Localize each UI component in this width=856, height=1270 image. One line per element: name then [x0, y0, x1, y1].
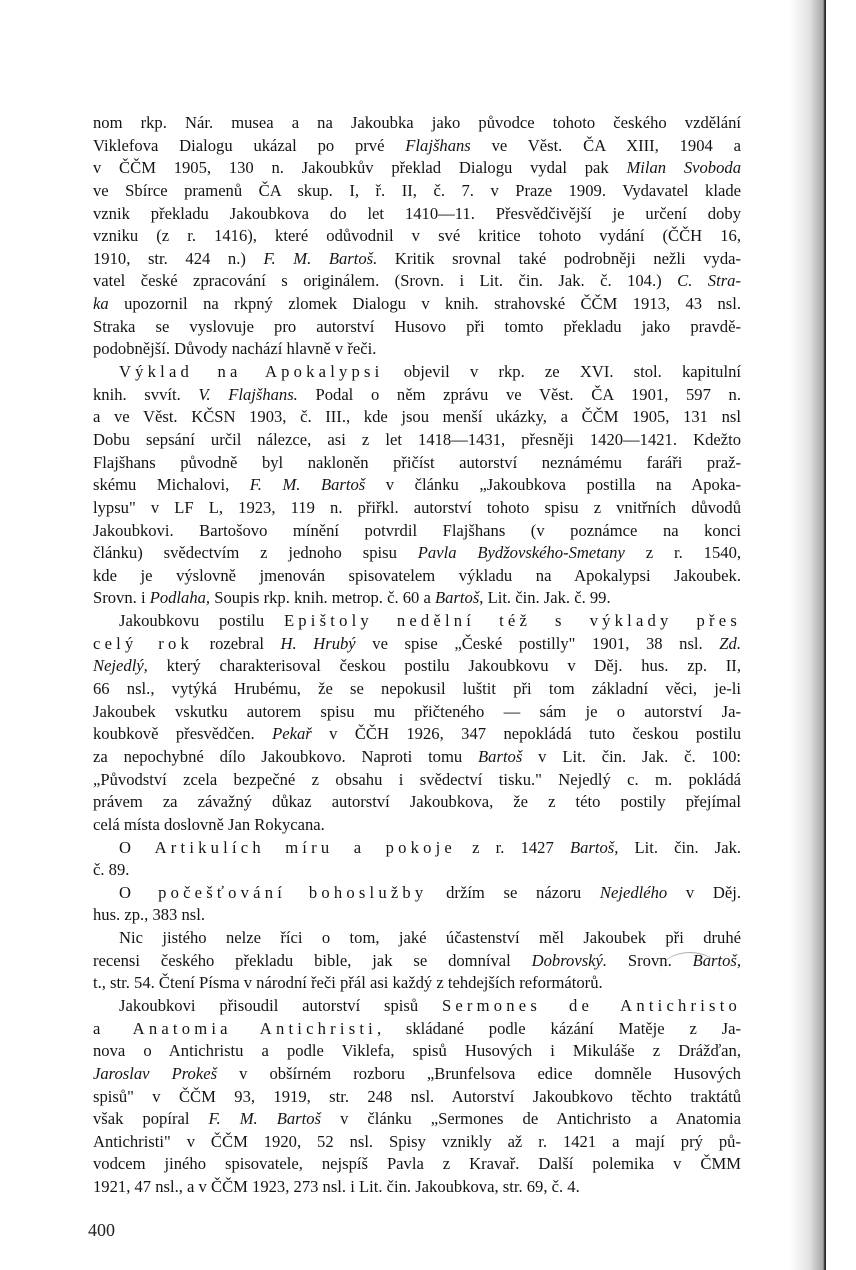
text-run: Antichristi" v ČČM 1920, 52 nsl. Spisy v…: [93, 1132, 741, 1151]
text-line: Flajšhans původně byl nakloněn přičíst a…: [93, 452, 741, 475]
text-line: spisů" v ČČM 93, 1919, str. 248 nsl. Aut…: [93, 1086, 741, 1109]
paragraph: Výklad na Apokalypsi objevil v rkp. ze X…: [93, 361, 741, 610]
italic-name: Milan Svoboda: [626, 158, 741, 177]
text-run: z r. 1427: [456, 838, 570, 857]
text-line: Jakoubkovi přisoudil autorství spisů Ser…: [93, 995, 741, 1018]
text-line: 66 nsl., vytýká Hrubému, že se nepokusil…: [93, 678, 741, 701]
pencil-annotation-mark: [660, 952, 720, 993]
text-run: článku) svědectvím z jednoho spisu: [93, 543, 418, 562]
text-run: ve Sbírce pramenů ČA skup. I, ř. II, č. …: [93, 181, 741, 200]
italic-name: Dobrovský.: [532, 951, 607, 970]
italic-name: Pekař: [272, 724, 312, 743]
text-run: vznik překladu Jakoubkova do let 1410—11…: [93, 204, 741, 223]
text-line: koubkově přesvědčen. Pekař v ČČH 1926, 3…: [93, 723, 741, 746]
paragraph: O Artikulích míru a pokoje z r. 1427 Bar…: [93, 837, 741, 882]
text-run: 1921, 47 nsl., a v ČČM 1923, 273 nsl. i …: [93, 1177, 580, 1196]
text-run: nom rkp. Nár. musea a na Jakoubka jako p…: [93, 113, 741, 132]
text-run: upozornil na rkpný zlomek Dialogu v knih…: [109, 294, 741, 313]
text-run: v ČČH 1926, 347 nepokládá tuto českou po…: [312, 724, 741, 743]
italic-name: Podlaha,: [150, 588, 210, 607]
text-line: Dobu sepsání určil nálezce, asi z let 14…: [93, 429, 741, 452]
text-line: O Artikulích míru a pokoje z r. 1427 Bar…: [93, 837, 741, 860]
italic-name: Bartoš: [435, 588, 479, 607]
text-run: Jakoubkovi. Bartošovo mínění potvrdil Fl…: [93, 521, 741, 540]
text-run: držím se názoru: [427, 883, 599, 902]
text-run: recensi českého překladu bible, jak se d…: [93, 951, 532, 970]
italic-name: Zd.: [719, 634, 741, 653]
text-run: hus. zp., 383 nsl.: [93, 905, 205, 924]
text-run: podobnější. Důvody nachází hlavně v řeči…: [93, 339, 376, 358]
text-run: objevil v rkp. ze XVI. stol. kapitulní: [384, 362, 742, 381]
page-number: 400: [88, 1220, 115, 1241]
text-run: koubkově přesvědčen.: [93, 724, 272, 743]
text-run: Soupis rkp. knih. metrop. č. 60 a: [210, 588, 435, 607]
text-run: lypsu" v LF L, 1923, 119 n. přiřkl. auto…: [93, 498, 741, 517]
spaced-title: a Anatomia Antichristi: [93, 1019, 377, 1038]
text-line: nom rkp. Nár. musea a na Jakoubka jako p…: [93, 112, 741, 135]
text-line: právem za závažný důkaz autorství Jakoub…: [93, 791, 741, 814]
text-line: Straka se vyslovuje pro autorství Husovo…: [93, 316, 741, 339]
text-run: knih. svvít.: [93, 385, 198, 404]
text-line: Nejedlý, který charakterisoval českou po…: [93, 655, 741, 678]
text-line: však popíral F. M. Bartoš v článku „Serm…: [93, 1108, 741, 1131]
text-line: hus. zp., 383 nsl.: [93, 904, 741, 927]
text-line: t., str. 54. Čtení Písma v národní řeči …: [93, 972, 741, 995]
italic-name: H. Hrubý: [281, 634, 356, 653]
text-run: právem za závažný důkaz autorství Jakoub…: [93, 792, 741, 811]
paragraph: nom rkp. Nár. musea a na Jakoubka jako p…: [93, 112, 741, 361]
text-line: Antichristi" v ČČM 1920, 52 nsl. Spisy v…: [93, 1131, 741, 1154]
page-margin-right: [826, 0, 856, 1270]
text-run: Srovn. i: [93, 588, 150, 607]
italic-name: ka: [93, 294, 109, 313]
text-run: však popíral: [93, 1109, 209, 1128]
text-run: v článku „Sermones de Antichristo a Anat…: [321, 1109, 741, 1128]
text-run: Flajšhans původně byl nakloněn přičíst a…: [93, 453, 741, 472]
italic-name: F. M. Bartoš: [209, 1109, 321, 1128]
binding-shadow: [790, 0, 826, 1270]
text-run: 66 nsl., vytýká Hrubému, že se nepokusil…: [93, 679, 741, 698]
text-line: 1910, str. 424 n.) F. M. Bartoš. Kritik …: [93, 248, 741, 271]
text-run: celá místa doslovně Jan Rokycana.: [93, 815, 325, 834]
text-run: Viklefova Dialogu ukázal po prvé: [93, 136, 405, 155]
text-run: vatel české zpracování s originálem. (Sr…: [93, 271, 677, 290]
text-line: Srovn. i Podlaha, Soupis rkp. knih. metr…: [93, 587, 741, 610]
paragraph: O počešťování bohoslužby držím se názoru…: [93, 882, 741, 927]
italic-name: C. Stra-: [677, 271, 741, 290]
text-line: Viklefova Dialogu ukázal po prvé Flajšha…: [93, 135, 741, 158]
italic-name: Flajšhans: [405, 136, 470, 155]
text-run: který charakterisoval českou postilu Jak…: [148, 656, 741, 675]
text-line: Jaroslav Prokeš v obšírném rozboru „Brun…: [93, 1063, 741, 1086]
text-line: ve Sbírce pramenů ČA skup. I, ř. II, č. …: [93, 180, 741, 203]
text-run: Jakoubkovu postilu: [119, 611, 284, 630]
spaced-title: Výklad na Apokalypsi: [119, 362, 384, 381]
text-line: knih. svvít. V. Flajšhans. Podal o něm z…: [93, 384, 741, 407]
text-line: za nepochybné dílo Jakoubkovo. Naproti t…: [93, 746, 741, 769]
text-line: vodcem jiného spisovatele, nejspíš Pavla…: [93, 1153, 741, 1176]
italic-name: V. Flajšhans.: [198, 385, 297, 404]
text-line: 1921, 47 nsl., a v ČČM 1923, 273 nsl. i …: [93, 1176, 741, 1199]
text-run: v článku „Jakoubkova postilla na Apoka-: [365, 475, 741, 494]
text-run: Nic jistého nelze říci o tom, jaké účast…: [119, 928, 741, 947]
text-run: č. 89.: [93, 860, 129, 879]
text-line: Výklad na Apokalypsi objevil v rkp. ze X…: [93, 361, 741, 384]
paragraph: Jakoubkovu postilu Epištoly nedělní též …: [93, 610, 741, 836]
text-run: „Původství zcela bezpečné z obsahu i svě…: [93, 770, 741, 789]
text-run: v ČČM 1905, 130 n. Jakoubkův překlad Dia…: [93, 158, 626, 177]
text-run: Jakoubek vskutku autorem spisu mu přičte…: [93, 702, 741, 721]
text-run: t., str. 54. Čtení Písma v národní řeči …: [93, 973, 603, 992]
text-line: recensi českého překladu bible, jak se d…: [93, 950, 741, 973]
italic-name: Jaroslav Prokeš: [93, 1064, 217, 1083]
text-run: v obšírném rozboru „Brunfelsova edice do…: [217, 1064, 741, 1083]
text-run: v Děj.: [667, 883, 741, 902]
text-line: v ČČM 1905, 130 n. Jakoubkův překlad Dia…: [93, 157, 741, 180]
scanned-book-page: nom rkp. Nár. musea a na Jakoubka jako p…: [0, 0, 856, 1270]
text-run: vodcem jiného spisovatele, nejspíš Pavla…: [93, 1154, 741, 1173]
text-run: ve Věst. ČA XIII, 1904 a: [471, 136, 741, 155]
text-line: kde je výslovně jmenován spisovatelem vý…: [93, 565, 741, 588]
text-line: Jakoubkovu postilu Epištoly nedělní též …: [93, 610, 741, 633]
spaced-title: Epištoly nedělní též s výklady přes: [284, 611, 741, 630]
text-run: spisů" v ČČM 93, 1919, str. 248 nsl. Aut…: [93, 1087, 741, 1106]
text-line: č. 89.: [93, 859, 741, 882]
text-run: v Lit. čin. Jak. č. 100:: [522, 747, 741, 766]
spaced-title: celý rok: [93, 634, 193, 653]
text-line: Nic jistého nelze říci o tom, jaké účast…: [93, 927, 741, 950]
text-line: Jakoubek vskutku autorem spisu mu přičte…: [93, 701, 741, 724]
text-line: ka upozornil na rkpný zlomek Dialogu v k…: [93, 293, 741, 316]
spaced-title: O Artikulích míru a pokoje: [119, 838, 456, 857]
body-text: nom rkp. Nár. musea a na Jakoubka jako p…: [93, 112, 741, 1199]
text-line: a Anatomia Antichristi, skládané podle k…: [93, 1018, 741, 1041]
text-run: Jakoubkovi přisoudil autorství spisů: [119, 996, 442, 1015]
text-line: celá místa doslovně Jan Rokycana.: [93, 814, 741, 837]
italic-name: Nejedlého: [600, 883, 667, 902]
text-run: rozebral: [193, 634, 281, 653]
italic-name: F. M. Bartoš: [250, 475, 365, 494]
text-run: 1910, str. 424 n.): [93, 249, 264, 268]
text-line: podobnější. Důvody nachází hlavně v řeči…: [93, 338, 741, 361]
text-run: , Lit. čin. Jak. č. 99.: [479, 588, 610, 607]
text-line: celý rok rozebral H. Hrubý ve spise „Čes…: [93, 633, 741, 656]
italic-name: F. M. Bartoš.: [264, 249, 378, 268]
text-run: , skládané podle kázání Matěje z Ja-: [377, 1019, 741, 1038]
text-run: kde je výslovně jmenován spisovatelem vý…: [93, 566, 741, 585]
italic-name: Pavla Bydžovského-Smetany: [418, 543, 625, 562]
text-line: Jakoubkovi. Bartošovo mínění potvrdil Fl…: [93, 520, 741, 543]
text-line: O počešťování bohoslužby držím se názoru…: [93, 882, 741, 905]
text-run: Kritik srovnal také podrobněji nežli vyd…: [377, 249, 741, 268]
italic-name: Bartoš,: [570, 838, 618, 857]
spaced-title: Sermones de Antichristo: [442, 996, 741, 1015]
text-line: článku) svědectvím z jednoho spisu Pavla…: [93, 542, 741, 565]
text-line: nova o Antichristu a podle Viklefa, spis…: [93, 1040, 741, 1063]
text-line: vatel české zpracování s originálem. (Sr…: [93, 270, 741, 293]
paragraph: Jakoubkovi přisoudil autorství spisů Ser…: [93, 995, 741, 1199]
text-line: vzniku (z r. 1416), které odůvodnil v sv…: [93, 225, 741, 248]
text-line: vznik překladu Jakoubkova do let 1410—11…: [93, 203, 741, 226]
text-run: Podal o něm zprávu ve Věst. ČA 1901, 597…: [298, 385, 741, 404]
text-run: nova o Antichristu a podle Viklefa, spis…: [93, 1041, 741, 1060]
text-line: „Původství zcela bezpečné z obsahu i svě…: [93, 769, 741, 792]
text-run: za nepochybné dílo Jakoubkovo. Naproti t…: [93, 747, 478, 766]
italic-name: Nejedlý,: [93, 656, 148, 675]
text-run: skému Michalovi,: [93, 475, 250, 494]
text-run: z r. 1540,: [625, 543, 741, 562]
text-run: a ve Věst. KČSN 1903, č. III., kde jsou …: [93, 407, 741, 426]
text-run: Dobu sepsání určil nálezce, asi z let 14…: [93, 430, 741, 449]
italic-name: Bartoš: [478, 747, 522, 766]
text-run: vzniku (z r. 1416), které odůvodnil v sv…: [93, 226, 741, 245]
text-run: ve spise „České postilly" 1901, 38 nsl.: [356, 634, 720, 653]
paragraph: Nic jistého nelze říci o tom, jaké účast…: [93, 927, 741, 995]
text-run: Lit. čin. Jak.: [618, 838, 741, 857]
text-line: lypsu" v LF L, 1923, 119 n. přiřkl. auto…: [93, 497, 741, 520]
text-line: skému Michalovi, F. M. Bartoš v článku „…: [93, 474, 741, 497]
text-run: Straka se vyslovuje pro autorství Husovo…: [93, 317, 741, 336]
text-line: a ve Věst. KČSN 1903, č. III., kde jsou …: [93, 406, 741, 429]
spaced-title: O počešťování bohoslužby: [119, 883, 427, 902]
